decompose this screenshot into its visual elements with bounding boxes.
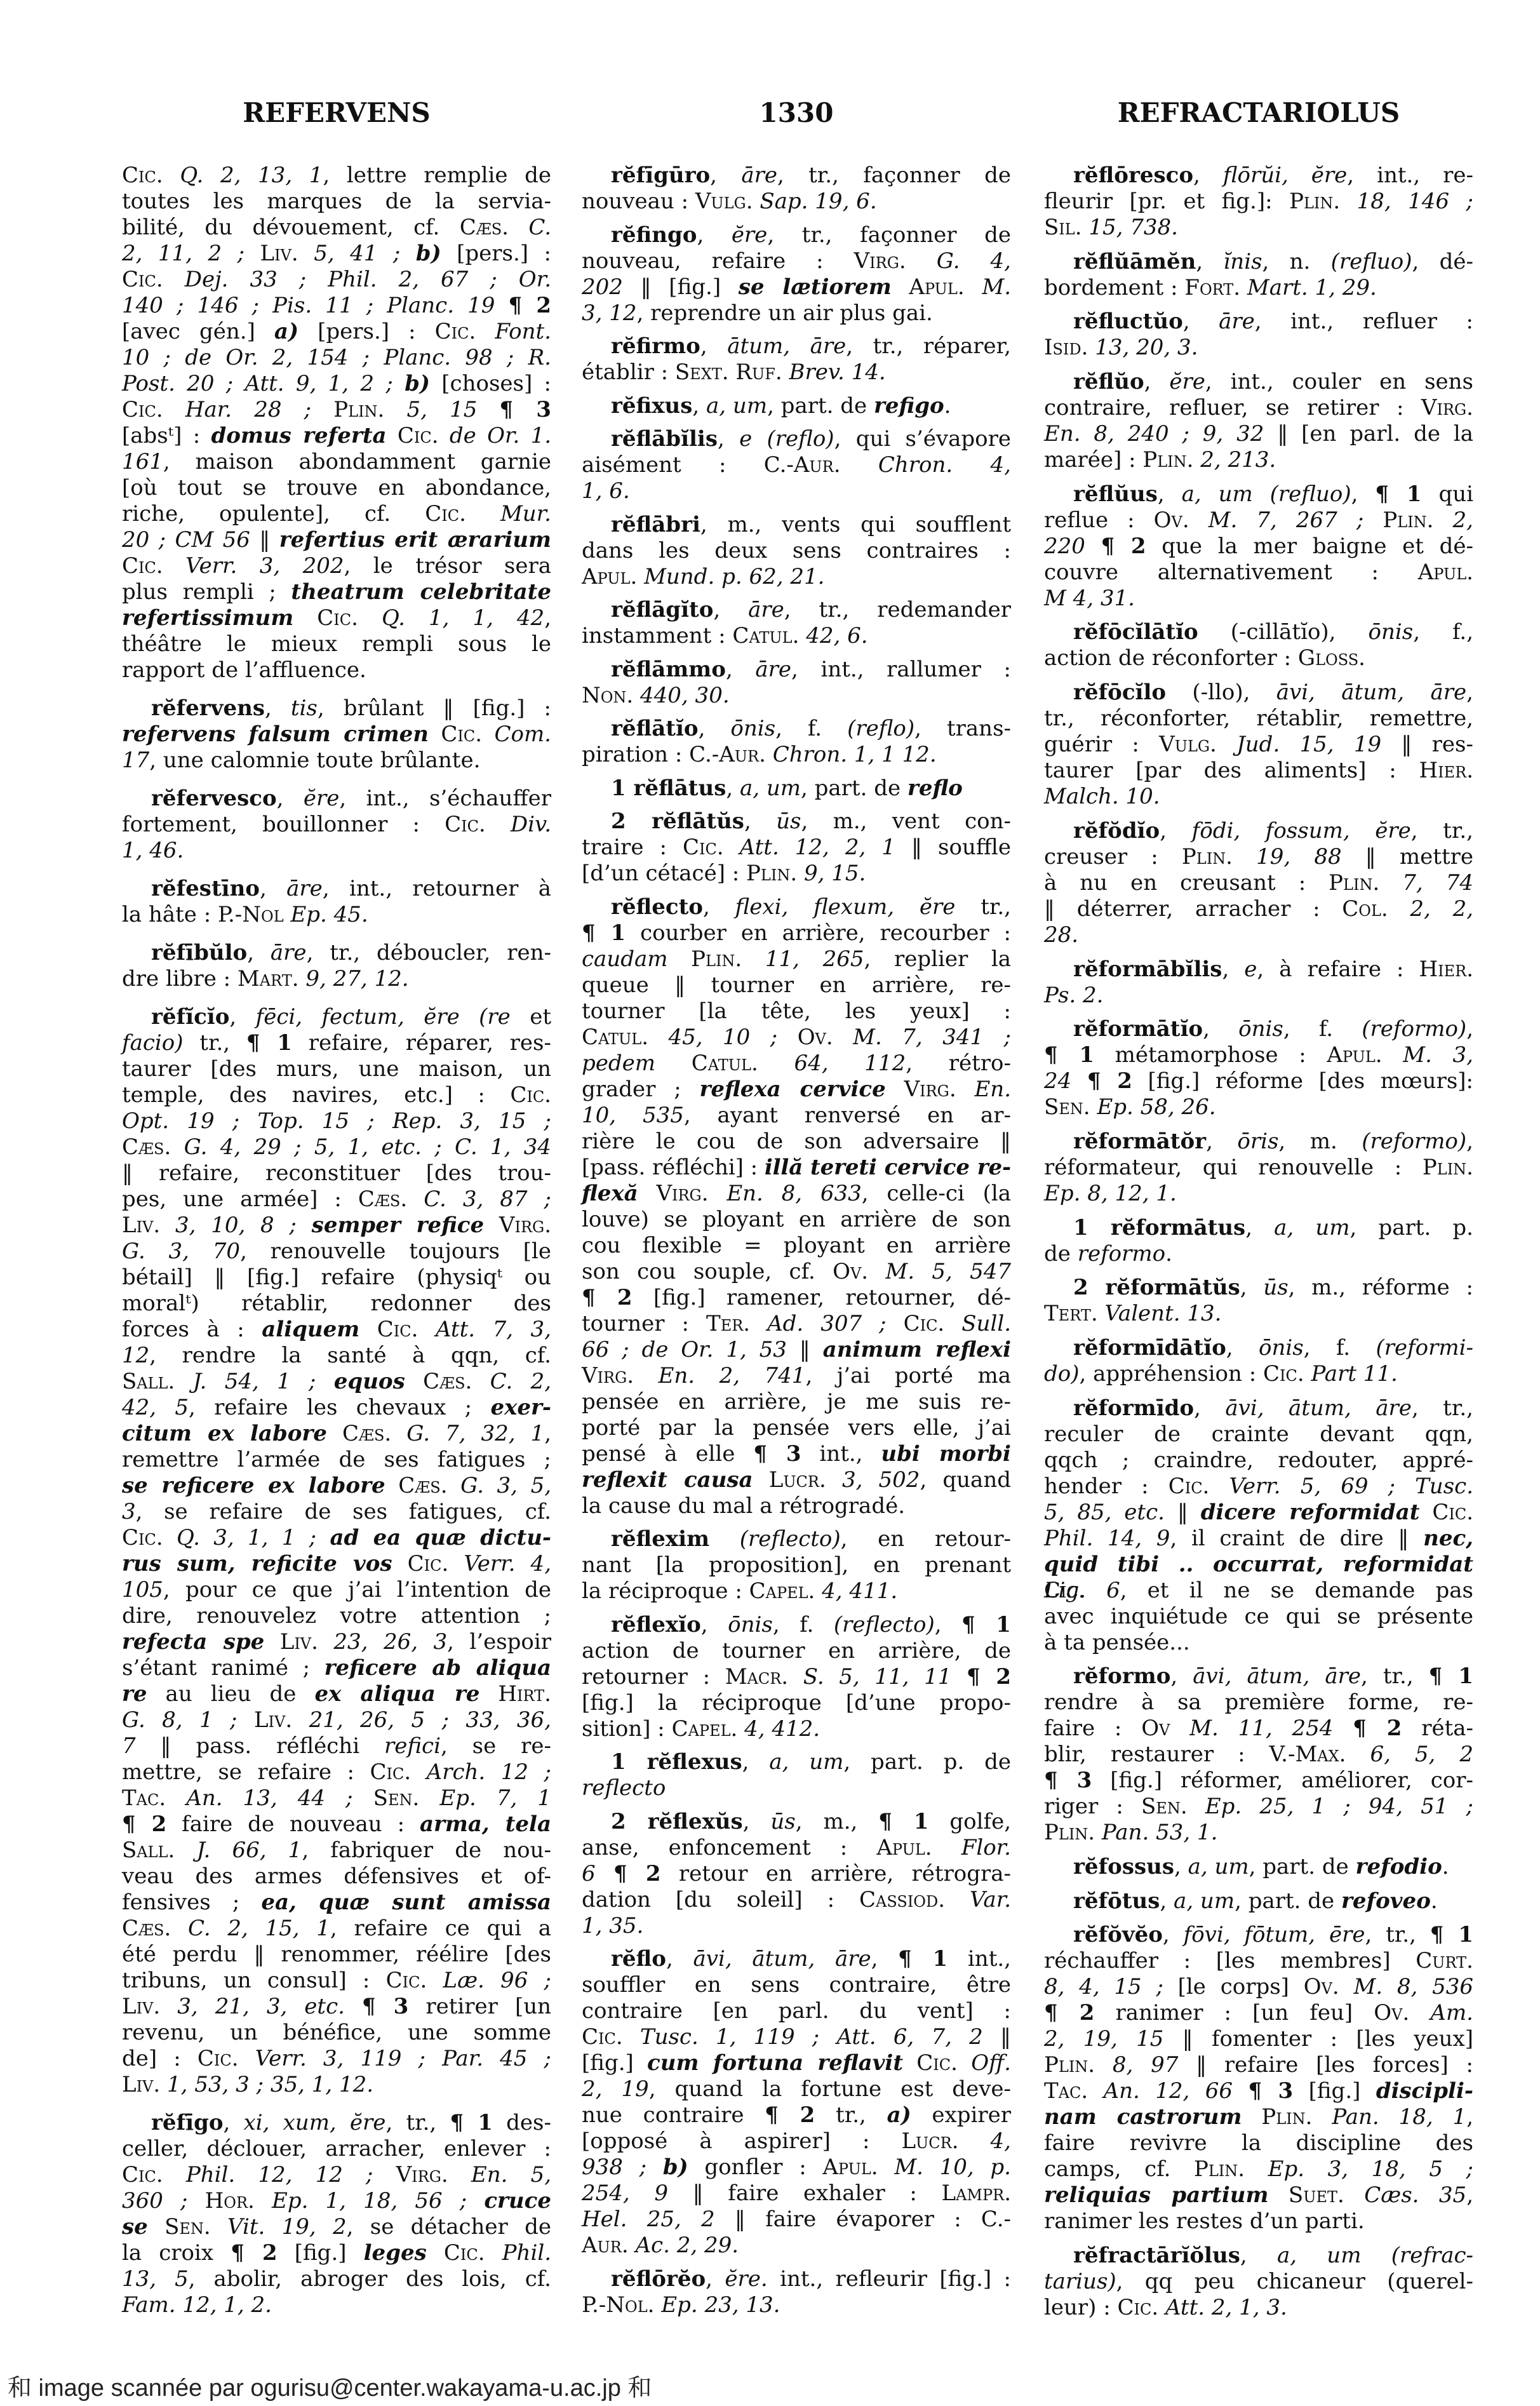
text-run: bétail] ‖ [fig.] refaire (physiqᵗ ou: [122, 1265, 551, 1290]
author-abbrev: Capel.: [749, 1578, 815, 1604]
italic-text: 6: [582, 1861, 596, 1886]
text-run: bordement :: [1044, 275, 1184, 300]
text-run: [958, 2050, 971, 2076]
headword: rĕfīgūro: [611, 163, 710, 188]
text-run: rapport de l’affluence.: [122, 657, 366, 683]
text-run: .: [1442, 1854, 1449, 1879]
text-run: tourner [la tête, les yeux] :: [582, 998, 1011, 1024]
entry-line: ¶ 2 faire de nouveau : arma, tela: [122, 1811, 551, 1838]
italic-text: 4, 411.: [822, 1578, 897, 1604]
entry-line: [opposé à aspirer] : Lucr. 4,: [582, 2128, 1011, 2154]
sense-marker: ¶ 2: [1087, 1068, 1132, 1094]
text-run: à nu en creusant :: [1044, 870, 1329, 896]
text-run: [1088, 335, 1095, 360]
headword: rĕfōcĭlātĭo: [1073, 619, 1198, 645]
italic-text: 12: [122, 1343, 149, 1368]
text-run: [886, 1077, 904, 1102]
text-run: [avec gén.]: [122, 319, 274, 344]
column-1: Cic. Q. 2, 13, 1, lettre remplie detoute…: [122, 163, 551, 2318]
entry-line: Virg. En. 2, 741, j’ai porté ma: [582, 1363, 1011, 1389]
italic-text: (reflecto): [740, 1526, 841, 1552]
text-run: (-llo),: [1166, 680, 1276, 705]
italic-text: flōrŭi, ĕre: [1223, 163, 1347, 188]
headword: rĕflōrĕo: [611, 2266, 706, 2292]
entry-line: 3, 12, reprendre un air plus gai.: [582, 300, 1011, 326]
text-run: , trans-: [914, 716, 1011, 741]
italic-text: 2, 213.: [1200, 447, 1276, 473]
text-run: , lettre remplie de: [323, 163, 551, 188]
latin-example: reflexit causa: [582, 1467, 753, 1493]
author-abbrev: Virg.: [1421, 395, 1473, 420]
author-abbrev: Ov.: [1374, 2000, 1409, 2026]
text-run: , int., re-: [1347, 163, 1473, 188]
text-run: , part. de: [1249, 1854, 1356, 1879]
author-abbrev: Cic.: [122, 2162, 163, 2188]
author-abbrev: Plin.: [1423, 1155, 1473, 1180]
text-run: [965, 274, 982, 300]
text-run: , part. p. de: [843, 1749, 1011, 1775]
author-abbrev: Cic.: [445, 812, 486, 837]
author-abbrev: P.-Nol: [218, 902, 284, 927]
text-run: [160, 2072, 167, 2097]
italic-text: 3: [122, 1499, 136, 1524]
author-abbrev: Cic.: [122, 163, 163, 188]
text-run: ,: [744, 809, 776, 834]
text-run: [255, 2188, 272, 2214]
italic-text: ōnis: [730, 716, 775, 741]
latin-example: b): [663, 2154, 688, 2180]
text-run: [419, 1785, 439, 1811]
entry-line: tr., réconforter, rétablir, remettre,: [1044, 706, 1473, 732]
entry-line: rĕflātĭo, ōnis, f. (reflo), trans-: [582, 716, 1011, 742]
homograph-number: 1: [611, 776, 634, 801]
sense-marker: ¶ 3: [1248, 2078, 1293, 2104]
text-run: riger :: [1044, 1794, 1141, 1819]
text-run: [439, 423, 450, 448]
text-run: [358, 605, 382, 631]
italic-text: xi, xum, ĕre: [244, 2110, 386, 2135]
entry-line: rĕfīgo, xi, xum, ĕre, tr., ¶ 1 des-: [122, 2110, 551, 2136]
text-run: [opposé à aspirer] :: [582, 2128, 901, 2154]
text-run: [766, 742, 773, 767]
dictionary-entry: rĕfŏvĕo, fōvi, fōtum, ēre, tr., ¶ 1récha…: [1044, 1922, 1473, 2235]
italic-text: 938 ;: [582, 2154, 646, 2180]
text-run: sition] :: [582, 1716, 672, 1742]
text-run: ,: [1466, 680, 1473, 705]
entry-line: Liv. 3, 21, 3, etc. ¶ 3 retirer [un: [122, 1994, 551, 2020]
entry-line: se Sen. Vit. 19, 2, se détacher de: [122, 2214, 551, 2240]
italic-text: 13, 20, 3.: [1095, 335, 1198, 360]
italic-text: Ep. 8, 12, 1.: [1044, 1181, 1177, 1206]
italic-text: (reflo): [847, 716, 914, 741]
text-run: ,: [718, 426, 739, 452]
entry-line: rĕfirmo, ātum, āre, tr., réparer,: [582, 333, 1011, 360]
entry-line: ¶ 2 ranimer : [un feu] Ov. Am.: [1044, 2000, 1473, 2026]
italic-text: 140 ; 146 ; Pis. 11 ; Planc. 19: [122, 293, 495, 318]
text-run: la hâte :: [122, 902, 218, 927]
sense-marker: ¶ 3: [500, 397, 551, 422]
italic-text: 2,: [1453, 507, 1473, 533]
text-run: [pers.] :: [441, 241, 551, 266]
text-run: [353, 1785, 373, 1811]
italic-text: 42, 5: [122, 1395, 189, 1420]
italic-text: do): [1044, 1361, 1080, 1387]
text-run: [373, 2162, 396, 2188]
entry-line: 8, 4, 15 ; [le corps] Ov. M. 8, 536: [1044, 1974, 1473, 2000]
entry-line: nue contraire ¶ 2 tr., a) expirer: [582, 2102, 1011, 2128]
text-run: [238, 1707, 254, 1733]
text-run: cou flexible = ployant en arrière: [582, 1233, 1011, 1258]
entry-line: rĕfestīno, āre, int., retourner à: [122, 876, 551, 902]
italic-text: 19, 88: [1256, 844, 1341, 870]
text-run: , reprendre un air plus gai.: [637, 300, 933, 326]
entry-line: leur) : Cic. Att. 2, 1, 3.: [1044, 2295, 1473, 2321]
entry-line: la hâte : P.-Nol Ep. 45.: [122, 902, 551, 928]
text-run: , m.: [1278, 1129, 1362, 1154]
author-abbrev: Non.: [582, 683, 633, 708]
dictionary-entry: 1 rĕformātus, a, um, part. p.de reformo.: [1044, 1215, 1473, 1267]
italic-text: de Or. 1.: [450, 423, 551, 448]
headword: rĕfībŭlo: [151, 940, 247, 965]
italic-text: Chron. 1, 1 12.: [773, 742, 937, 767]
author-abbrev: Aur.: [582, 2233, 629, 2258]
text-run: ,: [1170, 1663, 1193, 1689]
author-abbrev: Vulg.: [1159, 732, 1217, 757]
text-run: [fig.] ramener, retourner, dé-: [633, 1285, 1011, 1310]
author-abbrev: Plin.: [1383, 507, 1433, 533]
text-run: piration :: [582, 742, 689, 767]
entry-line: Post. 20 ; Att. 9, 1, 2 ; b) [choses] :: [122, 371, 551, 397]
entry-line: rĕformo, āvi, ātum, āre, tr., ¶ 1: [1044, 1663, 1473, 1690]
dictionary-entry: rĕfirmo, ātum, āre, tr., réparer,établir…: [582, 333, 1011, 386]
entry-line: pensé à elle ¶ 3 int., ubi morbi: [582, 1441, 1011, 1467]
entry-line: Cic. Dej. 33 ; Phil. 2, 67 ; Or.: [122, 267, 551, 293]
text-run: retourner :: [582, 1664, 725, 1690]
text-run: ,: [1222, 957, 1244, 982]
author-abbrev: Cæs.: [460, 215, 509, 240]
entry-line: rĕflo, āvi, ātum, āre, ¶ 1 int.,: [582, 1946, 1011, 1972]
author-abbrev: Virg.: [904, 1077, 956, 1102]
homograph-number: 2: [611, 1809, 648, 1834]
entry-line: souffler en sens contraire, être: [582, 1972, 1011, 1998]
italic-text: Ad. 307 ;: [767, 1311, 886, 1336]
text-run: ,: [697, 222, 731, 248]
italic-text: ōnis: [1369, 619, 1414, 645]
text-run: , celle-ci (la: [862, 1181, 1011, 1206]
text-run: [815, 1578, 822, 1604]
entry-line: [fig.] cum fortuna reflavit Cic. Off.: [582, 2050, 1011, 2076]
text-run: ,: [1194, 1395, 1225, 1421]
text-run: , m., vents qui soufflent: [700, 512, 1011, 537]
italic-text: ōnis: [728, 1612, 773, 1637]
entry-line: nouveau : Vulg. Sap. 19, 6.: [582, 189, 1011, 215]
entry-line: Cic. Har. 28 ; Plin. 5, 15 ¶ 3: [122, 397, 551, 423]
entry-line: mettre, se refaire : Cic. Arch. 12 ;: [122, 1759, 551, 1785]
author-abbrev: Cic.: [122, 397, 163, 422]
italic-text: (reflecto): [834, 1612, 935, 1637]
text-run: leur) :: [1044, 2295, 1117, 2320]
entry-line: 2 rĕflexŭs, ūs, m., ¶ 1 golfe,: [582, 1809, 1011, 1835]
entry-line: 10 ; de Or. 2, 154 ; Planc. 98 ; R.: [122, 345, 551, 371]
entry-line: creuser : Plin. 19, 88 ‖ mettre: [1044, 844, 1473, 870]
text-run: [638, 1181, 657, 1206]
italic-text: Att. 2, 1, 3.: [1165, 2295, 1287, 2320]
dictionary-entry: rĕflātĭo, ōnis, f. (reflo), trans-pirati…: [582, 716, 1011, 768]
text-run: [298, 241, 314, 266]
entry-line: nant [la proposition], en prenant: [582, 1552, 1011, 1578]
dictionary-entry: rĕfixus, a, um, part. de refigo.: [582, 393, 1011, 419]
text-run: ,: [1163, 1922, 1184, 1947]
italic-text: āre: [748, 597, 784, 622]
italic-text: 254, 9: [582, 2181, 668, 2206]
text-run: [596, 1861, 613, 1886]
text-run: de] :: [122, 2046, 198, 2071]
headword: rĕflātŭs: [652, 809, 744, 834]
text-run: [1158, 2295, 1165, 2320]
entry-line: Plin. 8, 97 ‖ refaire [les forces] :: [1044, 2052, 1473, 2078]
text-run: [384, 397, 406, 422]
italic-text: 8, 97: [1113, 2052, 1178, 2078]
sense-marker: ¶ 1: [1375, 481, 1421, 507]
italic-text: Phil. 12, 12 ;: [186, 2162, 373, 2188]
headword: rĕflŭo: [1073, 369, 1144, 394]
entry-line: [d’un cétacé] : Plin. 9, 15.: [582, 861, 1011, 887]
entry-line: Phil. 14, 9, il craint de dire ‖ nec,: [1044, 1526, 1473, 1552]
italic-text: 2, 11, 2 ;: [122, 241, 244, 266]
entry-line: la cause du mal a rétrogradé.: [582, 1493, 1011, 1519]
guide-word-right: REFRACTARIOLUS: [1044, 98, 1473, 128]
text-run: [299, 966, 306, 991]
author-abbrev: Sall.: [122, 1838, 175, 1863]
entry-line: rĕfervesco, ĕre, int., s’échauffer: [122, 786, 551, 812]
dictionary-entry: rĕfōtus, a, um, part. de refoveo.: [1044, 1888, 1473, 1914]
italic-text: 440, 30.: [640, 683, 730, 708]
dictionary-entry: rĕformātĭo, ōnis, f. (reformo),¶ 1 métam…: [1044, 1016, 1473, 1120]
headword: rĕflāmmo: [611, 657, 726, 682]
italic-text: Ep. 45.: [290, 902, 368, 927]
text-run: temple, des navires, etc.] :: [122, 1082, 510, 1108]
italic-text: 10 ; de Or. 2, 154 ; Planc. 98 ; R.: [122, 345, 551, 370]
text-run: revenu, un bénéfice, une somme: [122, 2020, 551, 2045]
entry-line: revenu, un bénéfice, une somme: [122, 2020, 551, 2046]
italic-text: facio): [122, 1030, 184, 1056]
author-abbrev: Apul.: [1327, 1042, 1382, 1068]
author-abbrev: Plin.: [1044, 1820, 1095, 1845]
author-abbrev: Plin.: [1182, 844, 1233, 870]
text-run: ‖ [fig.]: [623, 274, 739, 300]
entry-line: rĕfixus, a, um, part. de refigo.: [582, 393, 1011, 419]
dictionary-entry: rĕfŏdĭo, fōdi, fossum, ĕre, tr.,creuser …: [1044, 818, 1473, 948]
sense-marker: ¶ 2: [582, 1285, 633, 1310]
text-run: [160, 1994, 177, 2019]
italic-text: 3, 502: [842, 1467, 920, 1493]
text-run: [fig.] la réciproque [d’une propo-: [582, 1690, 1011, 1716]
entry-line: reflexit causa Lucr. 3, 502, quand: [582, 1467, 1011, 1493]
author-abbrev: Virg.: [396, 2162, 448, 2188]
sense-marker: ¶ 2: [1101, 534, 1146, 559]
text-run: tr.,: [184, 1030, 246, 1056]
dictionary-entry: rĕflōrĕo, ĕre. int., refleurir [fig.] :P…: [582, 2266, 1011, 2318]
text-run: ‖ souffle: [895, 835, 1011, 860]
text-run: [753, 1467, 769, 1493]
headword: rĕfīgo: [151, 2110, 224, 2135]
text-run: action de réconforter :: [1044, 645, 1298, 671]
italic-text: āre: [1219, 309, 1255, 334]
text-run: faire :: [1044, 1716, 1141, 1741]
latin-example: refigo: [874, 393, 944, 419]
text-run: [163, 1525, 177, 1550]
entry-line: 220 ¶ 2 que la mer baigne et dé-: [1044, 534, 1473, 560]
text-run: [293, 605, 317, 631]
italic-text: Ac. 2, 29.: [635, 2233, 739, 2258]
headword: rĕformīdo: [1073, 1395, 1194, 1421]
text-run: [742, 946, 765, 972]
headword: rĕfōtus: [1073, 1888, 1160, 1914]
text-run: [448, 2162, 471, 2188]
text-run: [448, 1473, 461, 1498]
author-abbrev: Sen.: [373, 1785, 420, 1811]
text-run: [472, 1369, 490, 1394]
latin-example: nam castrorum: [1044, 2104, 1242, 2130]
text-run: ,: [265, 696, 291, 721]
italic-text: G. 4,: [937, 248, 1011, 274]
headword: rĕflecto: [611, 894, 703, 920]
italic-text: En. 8, 633: [726, 1181, 861, 1206]
italic-text: ĕre: [304, 786, 340, 811]
text-run: [668, 946, 692, 972]
entry-line: rĕfŏdĭo, fōdi, fossum, ĕre, tr.,: [1044, 818, 1473, 844]
entry-line: Apul. Mund. p. 62, 21.: [582, 564, 1011, 590]
italic-text: ātum, āre: [727, 333, 846, 359]
text-run: de: [1044, 1241, 1078, 1267]
text-run: , fabriquer de nou-: [302, 1838, 551, 1863]
italic-text: Brev. 14.: [789, 360, 886, 385]
italic-text: En.: [974, 1077, 1011, 1102]
text-run: métamorphose :: [1094, 1042, 1327, 1068]
entry-line: son cou souple, cf. Ov. M. 5, 547: [582, 1259, 1011, 1285]
text-run: , pour ce que j’ai l’intention de: [163, 1577, 551, 1603]
text-run: , f.: [1283, 1016, 1362, 1042]
dictionary-entry: rĕformo, āvi, ātum, āre, tr., ¶ 1rendre …: [1044, 1663, 1473, 1846]
entry-line: Cic. Q. 3, 1, 1 ; ad ea quæ dictu-: [122, 1525, 551, 1551]
dictionary-page: REFERVENS 1330 REFRACTARIOLUS Cic. Q. 2,…: [0, 0, 1540, 2406]
text-run: ‖: [250, 527, 279, 553]
author-abbrev: Fort.: [1184, 275, 1240, 300]
entry-line: ‖ déterrer, arracher : Col. 2, 2,: [1044, 896, 1473, 922]
entry-line: ¶ 3 [fig.] réformer, améliorer, cor-: [1044, 1768, 1473, 1794]
italic-text: Off.: [971, 2050, 1011, 2076]
italic-text: Font.: [495, 319, 551, 344]
italic-text: 5, 85, etc.: [1044, 1500, 1165, 1525]
entry-line: cou flexible = ployant en arrière: [582, 1233, 1011, 1259]
text-run: .: [1165, 1241, 1172, 1267]
text-run: , part. de: [1235, 1888, 1341, 1914]
entry-line: taurer [des murs, une maison, un: [122, 1056, 551, 1082]
text-run: [951, 1664, 967, 1690]
entry-line: 13, 5, abolir, abroger des lois, cf.: [122, 2266, 551, 2292]
text-run: , qui s’évapore: [834, 426, 1011, 452]
text-run: [648, 1025, 668, 1050]
headword: rĕfŏdĭo: [1073, 818, 1160, 843]
text-run: aisément :: [582, 452, 764, 478]
italic-text: Har. 28 ;: [185, 397, 311, 422]
text-run: [429, 722, 441, 747]
text-run: , n.: [1262, 249, 1331, 274]
entry-line: tourner : Ter. Ad. 307 ; Cic. Sull.: [582, 1311, 1011, 1337]
text-run: [absᵗ] :: [122, 423, 211, 448]
text-run: [788, 1664, 803, 1690]
entry-line: citum ex labore Cæs. G. 7, 32, 1,: [122, 1421, 551, 1447]
headword: rĕfossus: [1073, 1854, 1174, 1879]
sense-marker: ¶ 2: [509, 293, 551, 318]
text-run: , tr.,: [1411, 818, 1473, 843]
italic-text: Ps. 2.: [1044, 983, 1103, 1008]
text-run: [753, 189, 760, 214]
dictionary-entry: 2 rĕformātŭs, ūs, m., réforme :Tert. Val…: [1044, 1275, 1473, 1327]
latin-example: reflo: [907, 776, 963, 801]
sense-marker: ¶ 2: [765, 2102, 815, 2128]
entry-line: louve) se ployant en arrière de son: [582, 1207, 1011, 1233]
entry-line: contraire [en parl. du vent] :: [582, 1998, 1011, 2024]
text-run: contraire [en parl. du vent] :: [582, 1998, 1011, 2024]
text-run: [1240, 275, 1247, 300]
entry-line: rĕflābĭlis, e (reflo), qui s’évapore: [582, 426, 1011, 452]
text-run: [448, 1551, 464, 1576]
author-abbrev: Virg.: [656, 1181, 708, 1206]
text-run: ,: [713, 597, 748, 622]
text-run: creuser :: [1044, 844, 1182, 870]
text-run: [392, 1551, 408, 1576]
entry-line: contraire, refluer, se retirer : Virg.: [1044, 395, 1473, 421]
text-run: [777, 1025, 797, 1050]
author-abbrev: C.-: [981, 2207, 1011, 2232]
text-run: mettre, se refaire :: [122, 1759, 370, 1785]
text-run: [633, 683, 640, 708]
entry-line: Tac. An. 12, 66 ¶ 3 [fig.] discipli-: [1044, 2078, 1473, 2104]
text-run: int.,: [801, 1441, 881, 1467]
text-run: grader ;: [582, 1077, 699, 1102]
entry-line: 42, 5, refaire les chevaux ; exer-: [122, 1395, 551, 1421]
italic-text: 7, 74: [1402, 870, 1473, 896]
text-run: moralᵗ) rétablir, redonner des: [122, 1291, 551, 1316]
text-run: ,: [1174, 1854, 1188, 1879]
text-run: souffler en sens contraire, être: [582, 1972, 1011, 1998]
text-run: [1312, 2104, 1332, 2130]
text-run: reflue :: [1044, 507, 1154, 533]
text-run: [956, 1077, 975, 1102]
latin-example: refoveo: [1341, 1888, 1431, 1914]
text-run: , se refaire de ses fatigues, cf.: [136, 1499, 551, 1524]
entry-line: réformateur, qui renouvelle : Plin.: [1044, 1155, 1473, 1181]
text-run: [171, 1916, 188, 1941]
author-abbrev: Plin.: [333, 397, 384, 422]
italic-text: 13, 5: [122, 2266, 189, 2292]
entry-line: 1 rĕflexus, a, um, part. p. de: [582, 1749, 1011, 1775]
italic-text: Post. 20 ; Att. 9, 1, 2 ;: [122, 371, 393, 396]
author-abbrev: Hier.: [1419, 957, 1473, 982]
text-run: , replier la: [864, 946, 1012, 972]
text-run: [264, 1629, 279, 1655]
dictionary-entry: rĕfībŭlo, āre, tr., déboucler, ren-dre l…: [122, 940, 551, 992]
text-run: [887, 1311, 904, 1336]
text-run: , f.: [775, 716, 847, 741]
text-run: ,: [247, 940, 271, 965]
headword: rĕflŭāmĕn: [1073, 249, 1196, 274]
text-run: , f.: [1304, 1335, 1376, 1361]
entry-line: 6 ¶ 2 retour en arrière, rétrogra-: [582, 1861, 1011, 1887]
italic-text: āvi, ātum, āre: [1225, 1395, 1412, 1421]
text-run: , une calomnie toute brûlante.: [149, 748, 480, 773]
